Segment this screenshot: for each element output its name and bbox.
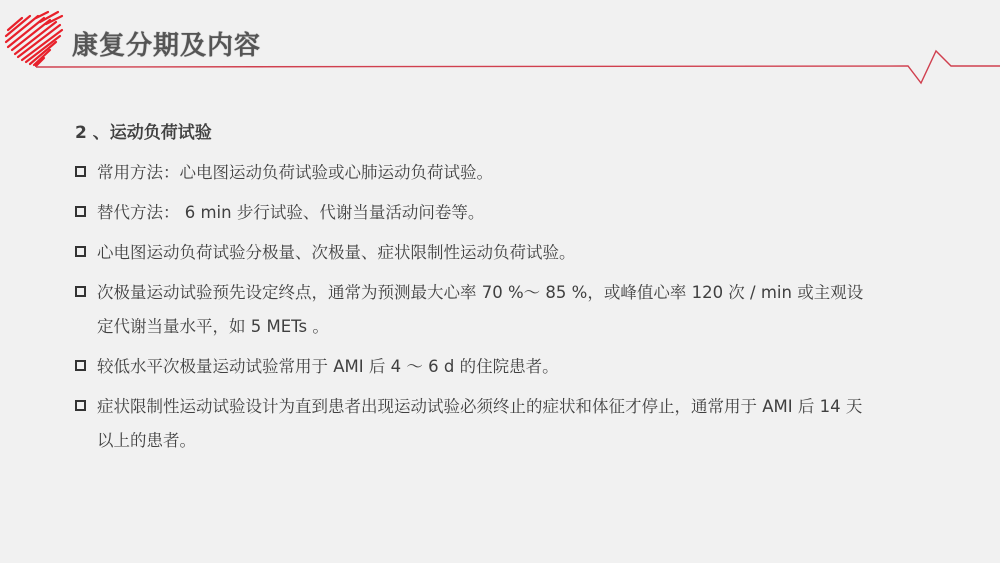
list-item: 替代方法： 6 min 步行试验、代谢当量活动问卷等。 bbox=[75, 196, 975, 230]
list-item: 症状限制性运动试验设计为直到患者出现运动试验必须终止的症状和体征才停止，通常用于… bbox=[75, 390, 975, 458]
list-item-continuation: 以上的患者。 bbox=[97, 424, 975, 458]
list-item: 次极量运动试验预先设定终点，通常为预测最大心率 70 %～ 85 %，或峰值心率… bbox=[75, 276, 975, 344]
square-bullet-icon bbox=[75, 166, 86, 177]
list-item-text: 替代方法： 6 min 步行试验、代谢当量活动问卷等。 bbox=[97, 203, 484, 222]
list-item: 常用方法：心电图运动负荷试验或心肺运动负荷试验。 bbox=[75, 156, 975, 190]
square-bullet-icon bbox=[75, 360, 86, 371]
list-item-text: 心电图运动负荷试验分极量、次极量、症状限制性运动负荷试验。 bbox=[97, 243, 576, 262]
section-heading: 2 、运动负荷试验 bbox=[75, 118, 212, 143]
square-bullet-icon bbox=[75, 400, 86, 411]
square-bullet-icon bbox=[75, 246, 86, 257]
page-title: 康复分期及内容 bbox=[72, 25, 261, 62]
list-item-text: 常用方法：心电图运动负荷试验或心肺运动负荷试验。 bbox=[97, 163, 493, 182]
list-item: 心电图运动负荷试验分极量、次极量、症状限制性运动负荷试验。 bbox=[75, 236, 975, 270]
square-bullet-icon bbox=[75, 286, 86, 297]
heart-scribble-icon bbox=[6, 12, 62, 66]
list-item-text: 症状限制性运动试验设计为直到患者出现运动试验必须终止的症状和体征才停止，通常用于… bbox=[97, 397, 862, 416]
list-item-continuation: 定代谢当量水平，如 5 METs 。 bbox=[97, 310, 975, 344]
square-bullet-icon bbox=[75, 206, 86, 217]
list-item-text: 次极量运动试验预先设定终点，通常为预测最大心率 70 %～ 85 %，或峰值心率… bbox=[97, 283, 863, 302]
list-item: 较低水平次极量运动试验常用于 AMI 后 4 ～ 6 d 的住院患者。 bbox=[75, 350, 975, 384]
list-item-text: 较低水平次极量运动试验常用于 AMI 后 4 ～ 6 d 的住院患者。 bbox=[97, 357, 559, 376]
bullet-list: 常用方法：心电图运动负荷试验或心肺运动负荷试验。 替代方法： 6 min 步行试… bbox=[75, 156, 975, 464]
